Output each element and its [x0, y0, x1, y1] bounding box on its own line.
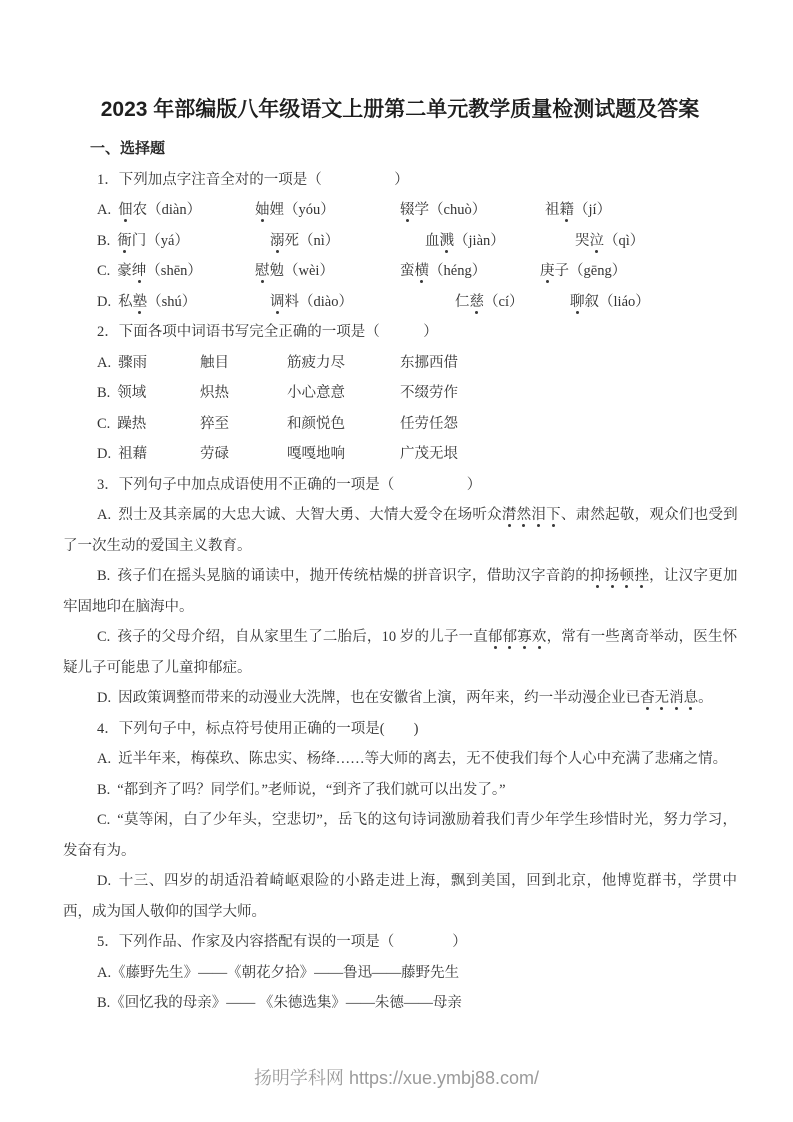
word-with-pinyin: 衙门（yá） — [117, 233, 189, 249]
option-label: B. — [97, 233, 110, 249]
option-text: 烈士及其亲属的大忠大诚、大智大勇、大情大爱令在场听众潸然泪下、肃然起敬，观众们也… — [63, 507, 738, 554]
word: 嘎嘎地响 — [287, 439, 400, 470]
option-label: D. — [97, 873, 111, 889]
question-3: 3．下列句子中加点成语使用不正确的一项是（ ） A.烈士及其亲属的大忠大诚、大智… — [63, 470, 737, 714]
document-content: 2023 年部编版八年级语文上册第二单元教学质量检测试题及答案 一、选择题 1．… — [0, 0, 793, 1019]
footer-site-link[interactable]: https://xue.ymbj88.com/ — [349, 1068, 539, 1088]
question-1-option-a: A.佃农（diàn） 妯娌（yóu） 辍学（chuò） 祖籍（jí） — [97, 195, 737, 226]
option-cell: A.佃农（diàn） — [97, 195, 255, 226]
question-5-option-b: B.《回忆我的母亲》—— 《朱德选集》——朱德——母亲 — [63, 988, 737, 1019]
word: 领域 — [117, 385, 146, 401]
option-text: 孩子的父母介绍，自从家里生了二胎后，10 岁的儿子一直郁郁寡欢，常有一些离奇举动… — [63, 629, 737, 676]
option-label: D. — [97, 294, 111, 310]
question-3-stem: 3．下列句子中加点成语使用不正确的一项是（ ） — [97, 470, 737, 501]
word-with-pinyin: 辍学（chuò） — [400, 195, 545, 226]
word-with-pinyin: 溺死（nì） — [270, 226, 425, 257]
word: 骤雨 — [118, 355, 147, 371]
option-label: D. — [97, 446, 111, 462]
word: 劳碌 — [200, 439, 287, 470]
option-label: A. — [97, 751, 111, 767]
word: 触目 — [200, 348, 287, 379]
question-3-option-d: D.因政策调整而带来的动漫业大洗牌，也在安徽省上演，两年来，约一半动漫企业已杳无… — [63, 683, 737, 714]
question-1-stem: 1．下列加点字注音全对的一项是（ ） — [97, 165, 737, 196]
option-text: 十三、四岁的胡适沿着崎岖艰险的小路走进上海，飘到美国，回到北京，他博览群书，学贯… — [63, 873, 737, 920]
option-text: 《藤野先生》——《朝花夕拾》——鲁迅——藤野先生 — [111, 965, 459, 981]
option-text: 因政策调整而带来的动漫业大洗牌，也在安徽省上演，两年来，约一半动漫企业已杳无消息… — [118, 690, 713, 706]
question-4: 4．下列句子中，标点符号使用正确的一项是( ) A.近半年来，梅葆玖、陈忠实、杨… — [63, 714, 737, 928]
word-with-pinyin: 私塾（shú） — [118, 294, 196, 310]
option-cell: B.衙门（yá） — [97, 226, 270, 257]
question-2-option-c: C.躁热 猝至 和颜悦色 任劳任怨 — [97, 409, 737, 440]
section-heading: 一、选择题 — [90, 134, 737, 165]
word-with-pinyin: 佃农（diàn） — [118, 202, 201, 218]
option-label: A. — [97, 355, 111, 371]
option-label: B. — [97, 385, 110, 401]
option-label: A. — [97, 202, 111, 218]
question-4-stem: 4．下列句子中，标点符号使用正确的一项是( ) — [97, 714, 737, 745]
option-label: B. — [97, 995, 110, 1011]
option-cell: C.躁热 — [97, 409, 200, 440]
question-2: 2．下面各项中词语书写完全正确的一项是（ ） A.骤雨 触目 筋疲力尽 东挪西借… — [63, 317, 737, 470]
question-4-option-b: B.“都到齐了吗？同学们。”老师说，“到齐了我们就可以出发了。” — [63, 775, 737, 806]
question-1: 1．下列加点字注音全对的一项是（ ） A.佃农（diàn） 妯娌（yóu） 辍学… — [63, 165, 737, 318]
option-text: 《回忆我的母亲》—— 《朱德选集》——朱德——母亲 — [110, 995, 462, 1011]
word: 不缀劳作 — [400, 378, 737, 409]
word-with-pinyin: 调料（diào） — [270, 287, 455, 318]
question-5-option-a: A.《藤野先生》——《朝花夕拾》——鲁迅——藤野先生 — [63, 958, 737, 989]
question-2-stem: 2．下面各项中词语书写完全正确的一项是（ ） — [97, 317, 737, 348]
question-2-option-b: B.领域 炽热 小心意意 不缀劳作 — [97, 378, 737, 409]
question-5-stem: 5．下列作品、作家及内容搭配有误的一项是（ ） — [97, 927, 737, 958]
question-1-option-d: D.私塾（shú） 调料（diào） 仁慈（cí） 聊叙（liáo） — [97, 287, 737, 318]
question-3-option-b: B.孩子们在摇头晃脑的诵读中，抛开传统枯燥的拼音识字，借助汉字音韵的抑扬顿挫，让… — [63, 561, 737, 622]
document-page: 2023 年部编版八年级语文上册第二单元教学质量检测试题及答案 一、选择题 1．… — [0, 0, 793, 1122]
option-label: A. — [97, 507, 111, 523]
question-4-option-c: C.“莫等闲，白了少年头，空悲切”，岳飞的这句诗词激励着我们青少年学生珍惜时光，… — [63, 805, 737, 866]
word: 任劳任怨 — [400, 409, 737, 440]
question-4-option-a: A.近半年来，梅葆玖、陈忠实、杨绛……等大师的离去，无不使我们每个人心中充满了悲… — [63, 744, 737, 775]
word-with-pinyin: 蛮横（héng） — [400, 256, 540, 287]
option-label: C. — [97, 629, 110, 645]
question-3-option-c: C.孩子的父母介绍，自从家里生了二胎后，10 岁的儿子一直郁郁寡欢，常有一些离奇… — [63, 622, 737, 683]
word: 炽热 — [200, 378, 287, 409]
question-5: 5．下列作品、作家及内容搭配有误的一项是（ ） A.《藤野先生》——《朝花夕拾》… — [63, 927, 737, 1019]
option-label: B. — [97, 782, 110, 798]
word: 躁热 — [117, 416, 146, 432]
word: 广茂无垠 — [400, 439, 737, 470]
question-1-option-b: B.衙门（yá） 溺死（nì） 血溅（jiàn） 哭泣（qì） — [97, 226, 737, 257]
option-text: 近半年来，梅葆玖、陈忠实、杨绛……等大师的离去，无不使我们每个人心中充满了悲痛之… — [118, 751, 727, 767]
word-with-pinyin: 祖籍（jí） — [545, 195, 737, 226]
option-cell: A.骤雨 — [97, 348, 200, 379]
word-with-pinyin: 慰勉（wèi） — [255, 256, 400, 287]
page-footer: 扬明学科网 https://xue.ymbj88.com/ — [0, 1064, 793, 1090]
option-text: “莫等闲，白了少年头，空悲切”，岳飞的这句诗词激励着我们青少年学生珍惜时光，努力… — [63, 812, 737, 859]
option-label: A. — [97, 965, 111, 981]
word-with-pinyin: 仁慈（cí） — [455, 287, 570, 318]
question-1-option-c: C.豪绅（shēn） 慰勉（wèi） 蛮横（héng） 庚子（gēng） — [97, 256, 737, 287]
option-cell: B.领域 — [97, 378, 200, 409]
option-cell: C.豪绅（shēn） — [97, 256, 255, 287]
option-cell: D.私塾（shú） — [97, 287, 270, 318]
question-2-option-d: D.祖藉 劳碌 嘎嘎地响 广茂无垠 — [97, 439, 737, 470]
footer-site-name: 扬明学科网 — [254, 1068, 344, 1088]
word-with-pinyin: 哭泣（qì） — [575, 226, 737, 257]
word: 东挪西借 — [400, 348, 737, 379]
question-2-option-a: A.骤雨 触目 筋疲力尽 东挪西借 — [97, 348, 737, 379]
word-with-pinyin: 聊叙（liáo） — [570, 287, 737, 318]
word-with-pinyin: 豪绅（shēn） — [117, 263, 202, 279]
option-label: C. — [97, 416, 110, 432]
word: 和颜悦色 — [287, 409, 400, 440]
question-4-option-d: D.十三、四岁的胡适沿着崎岖艰险的小路走进上海，飘到美国，回到北京，他博览群书，… — [63, 866, 737, 927]
option-cell: D.祖藉 — [97, 439, 200, 470]
option-label: C. — [97, 812, 110, 828]
word-with-pinyin: 血溅（jiàn） — [425, 226, 575, 257]
word-with-pinyin: 妯娌（yóu） — [255, 195, 400, 226]
word: 小心意意 — [287, 378, 400, 409]
option-label: D. — [97, 690, 111, 706]
question-3-option-a: A.烈士及其亲属的大忠大诚、大智大勇、大情大爱令在场听众潸然泪下、肃然起敬，观众… — [63, 500, 737, 561]
option-text: 孩子们在摇头晃脑的诵读中，抛开传统枯燥的拼音识字，借助汉字音韵的抑扬顿挫，让汉字… — [63, 568, 737, 615]
option-label: C. — [97, 263, 110, 279]
word-with-pinyin: 庚子（gēng） — [540, 256, 737, 287]
word: 祖藉 — [118, 446, 147, 462]
page-title: 2023 年部编版八年级语文上册第二单元教学质量检测试题及答案 — [63, 92, 737, 128]
option-label: B. — [97, 568, 110, 584]
word: 猝至 — [200, 409, 287, 440]
option-text: “都到齐了吗？同学们。”老师说，“到齐了我们就可以出发了。” — [117, 782, 505, 798]
word: 筋疲力尽 — [287, 348, 400, 379]
